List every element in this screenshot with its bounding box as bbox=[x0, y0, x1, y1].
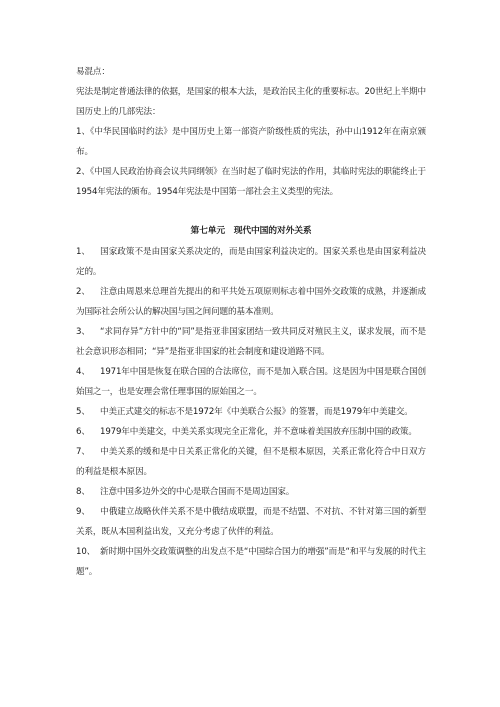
list-item: 3、“求同存异”方针中的“同”是指亚非国家团结一致共同反对殖民主义，谋求发展，而… bbox=[76, 322, 426, 362]
list-item: 9、中俄建立战略伙伴关系不是中俄结成联盟，而是不结盟、不对抗、不针对第三国的新型… bbox=[76, 502, 426, 542]
list-item: 5、中美正式建交的标志不是1972年《中美联合公报》的签署，而是1979年中美建… bbox=[76, 402, 426, 422]
intro-paragraph: 宪法是制定普通法律的依据，是国家的根本大法，是政治民主化的重要标志。20世纪上半… bbox=[76, 82, 426, 122]
list-item: 7、中美关系的缓和是中日关系正常化的关键，但不是根本原因，关系正常化符合中日双方… bbox=[76, 442, 426, 482]
list-item: 10、新时期中国外交政策调整的出发点不是“中国综合国力的增强”而是“和平与发展的… bbox=[76, 542, 426, 582]
list-item: 1、国家政策不是由国家关系决定的，而是由国家利益决定的。国家关系也是由国家利益决… bbox=[76, 242, 426, 282]
list-item: 2、注意由周恩来总理首先提出的和平共处五项原则标志着中国外交政策的成熟，并逐渐成… bbox=[76, 282, 426, 322]
list-item: 6、1979年中美建交，中美关系实现完全正常化，并不意味着美国放弃压制中国的政策… bbox=[76, 422, 426, 442]
list-item: 8、注意中国多边外交的中心是联合国而不是周边国家。 bbox=[76, 482, 426, 502]
constitution-item-2: 2、《中国人民政治协商会议共同纲领》在当时起了临时宪法的作用，其临时宪法的职能终… bbox=[76, 162, 426, 202]
document-page: 易混点： 宪法是制定普通法律的依据，是国家的根本大法，是政治民主化的重要标志。2… bbox=[0, 0, 500, 707]
section-heading: 易混点： bbox=[76, 62, 426, 82]
unit-title: 第七单元 现代中国的对外关系 bbox=[76, 221, 426, 241]
list-item: 4、1971年中国是恢复在联合国的合法席位，而不是加入联合国。这是因为中国是联合… bbox=[76, 362, 426, 402]
constitution-item-1: 1、《中华民国临时约法》是中国历史上第一部资产阶级性质的宪法，孙中山1912年在… bbox=[76, 122, 426, 162]
document-body: 易混点： 宪法是制定普通法律的依据，是国家的根本大法，是政治民主化的重要标志。2… bbox=[76, 62, 426, 582]
